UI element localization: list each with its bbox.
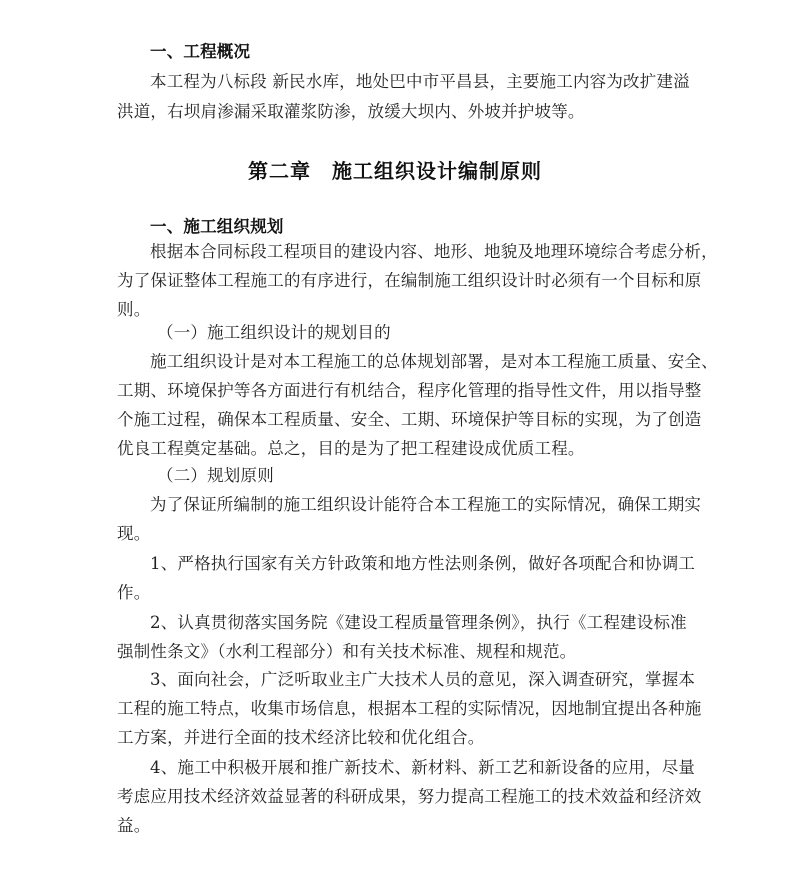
list-item-line: 作。	[117, 583, 150, 603]
paragraph-line: 为了保证所编制的施工组织设计能符合本工程施工的实际情况，确保工期实	[150, 495, 673, 515]
paragraph-line: 现。	[117, 524, 150, 544]
list-item-line: 工方案，并进行全面的技术经济比较和优化组合。	[117, 728, 484, 748]
paragraph-line: 则。	[117, 300, 150, 320]
subsection-heading-planning-purpose: （一）施工组织设计的规划目的	[157, 323, 391, 343]
list-item-line: 4、施工中积极开展和推广新技术、新材料、新工艺和新设备的应用，尽量	[150, 758, 673, 778]
paragraph-line: 为了保证整体工程施工的有序进行，在编制施工组织设计时必须有一个目标和原	[117, 271, 673, 291]
list-item-line: 工程的施工特点，收集市场信息，根据本工程的实际情况，因地制宜提出各种施	[117, 699, 673, 719]
list-item-line: 考虑应用技术经济效益显著的科研成果，努力提高工程施工的技术效益和经济效	[117, 787, 673, 807]
paragraph-line: 本工程为八标段 新民水库，地处巴中市平昌县，主要施工内容为改扩建溢	[150, 72, 673, 92]
section-heading-construction-planning: 一、施工组织规划	[150, 217, 284, 237]
list-item-line: 2、认真贯彻落实国务院《建设工程质量管理条例》，执行《工程建设标准	[150, 613, 673, 633]
paragraph-line: 个施工过程，确保本工程质量、安全、工期、环境保护等目标的实现，为了创造	[117, 410, 673, 430]
paragraph-line: 洪道，右坝肩渗漏采取灌浆防渗，放缓大坝内、外坡并护坡等。	[117, 102, 585, 122]
chapter-title: 第二章 施工组织设计编制原则	[117, 159, 673, 183]
section-heading-project-overview: 一、工程概况	[150, 42, 250, 62]
paragraph-line: 工期、环境保护等各方面进行有机结合，程序化管理的指导性文件，用以指导整	[117, 381, 673, 401]
subsection-heading-planning-principles: （二）规划原则	[157, 466, 274, 486]
list-item-line: 1、严格执行国家有关方针政策和地方性法则条例，做好各项配合和协调工	[150, 554, 673, 574]
paragraph-line: 施工组织设计是对本工程施工的总体规划部署，是对本工程施工质量、安全、	[150, 352, 673, 372]
paragraph-line: 根据本合同标段工程项目的建设内容、地形、地貌及地理环境综合考虑分析，	[150, 242, 673, 262]
list-item-line: 强制性条文》（水利工程部分）和有关技术标准、规程和规范。	[117, 642, 576, 662]
list-item-line: 3、面向社会，广泛听取业主广大技术人员的意见，深入调查研究，掌握本	[150, 670, 673, 690]
paragraph-line: 优良工程奠定基础。总之，目的是为了把工程建设成优质工程。	[117, 439, 585, 459]
list-item-line: 益。	[117, 816, 150, 836]
